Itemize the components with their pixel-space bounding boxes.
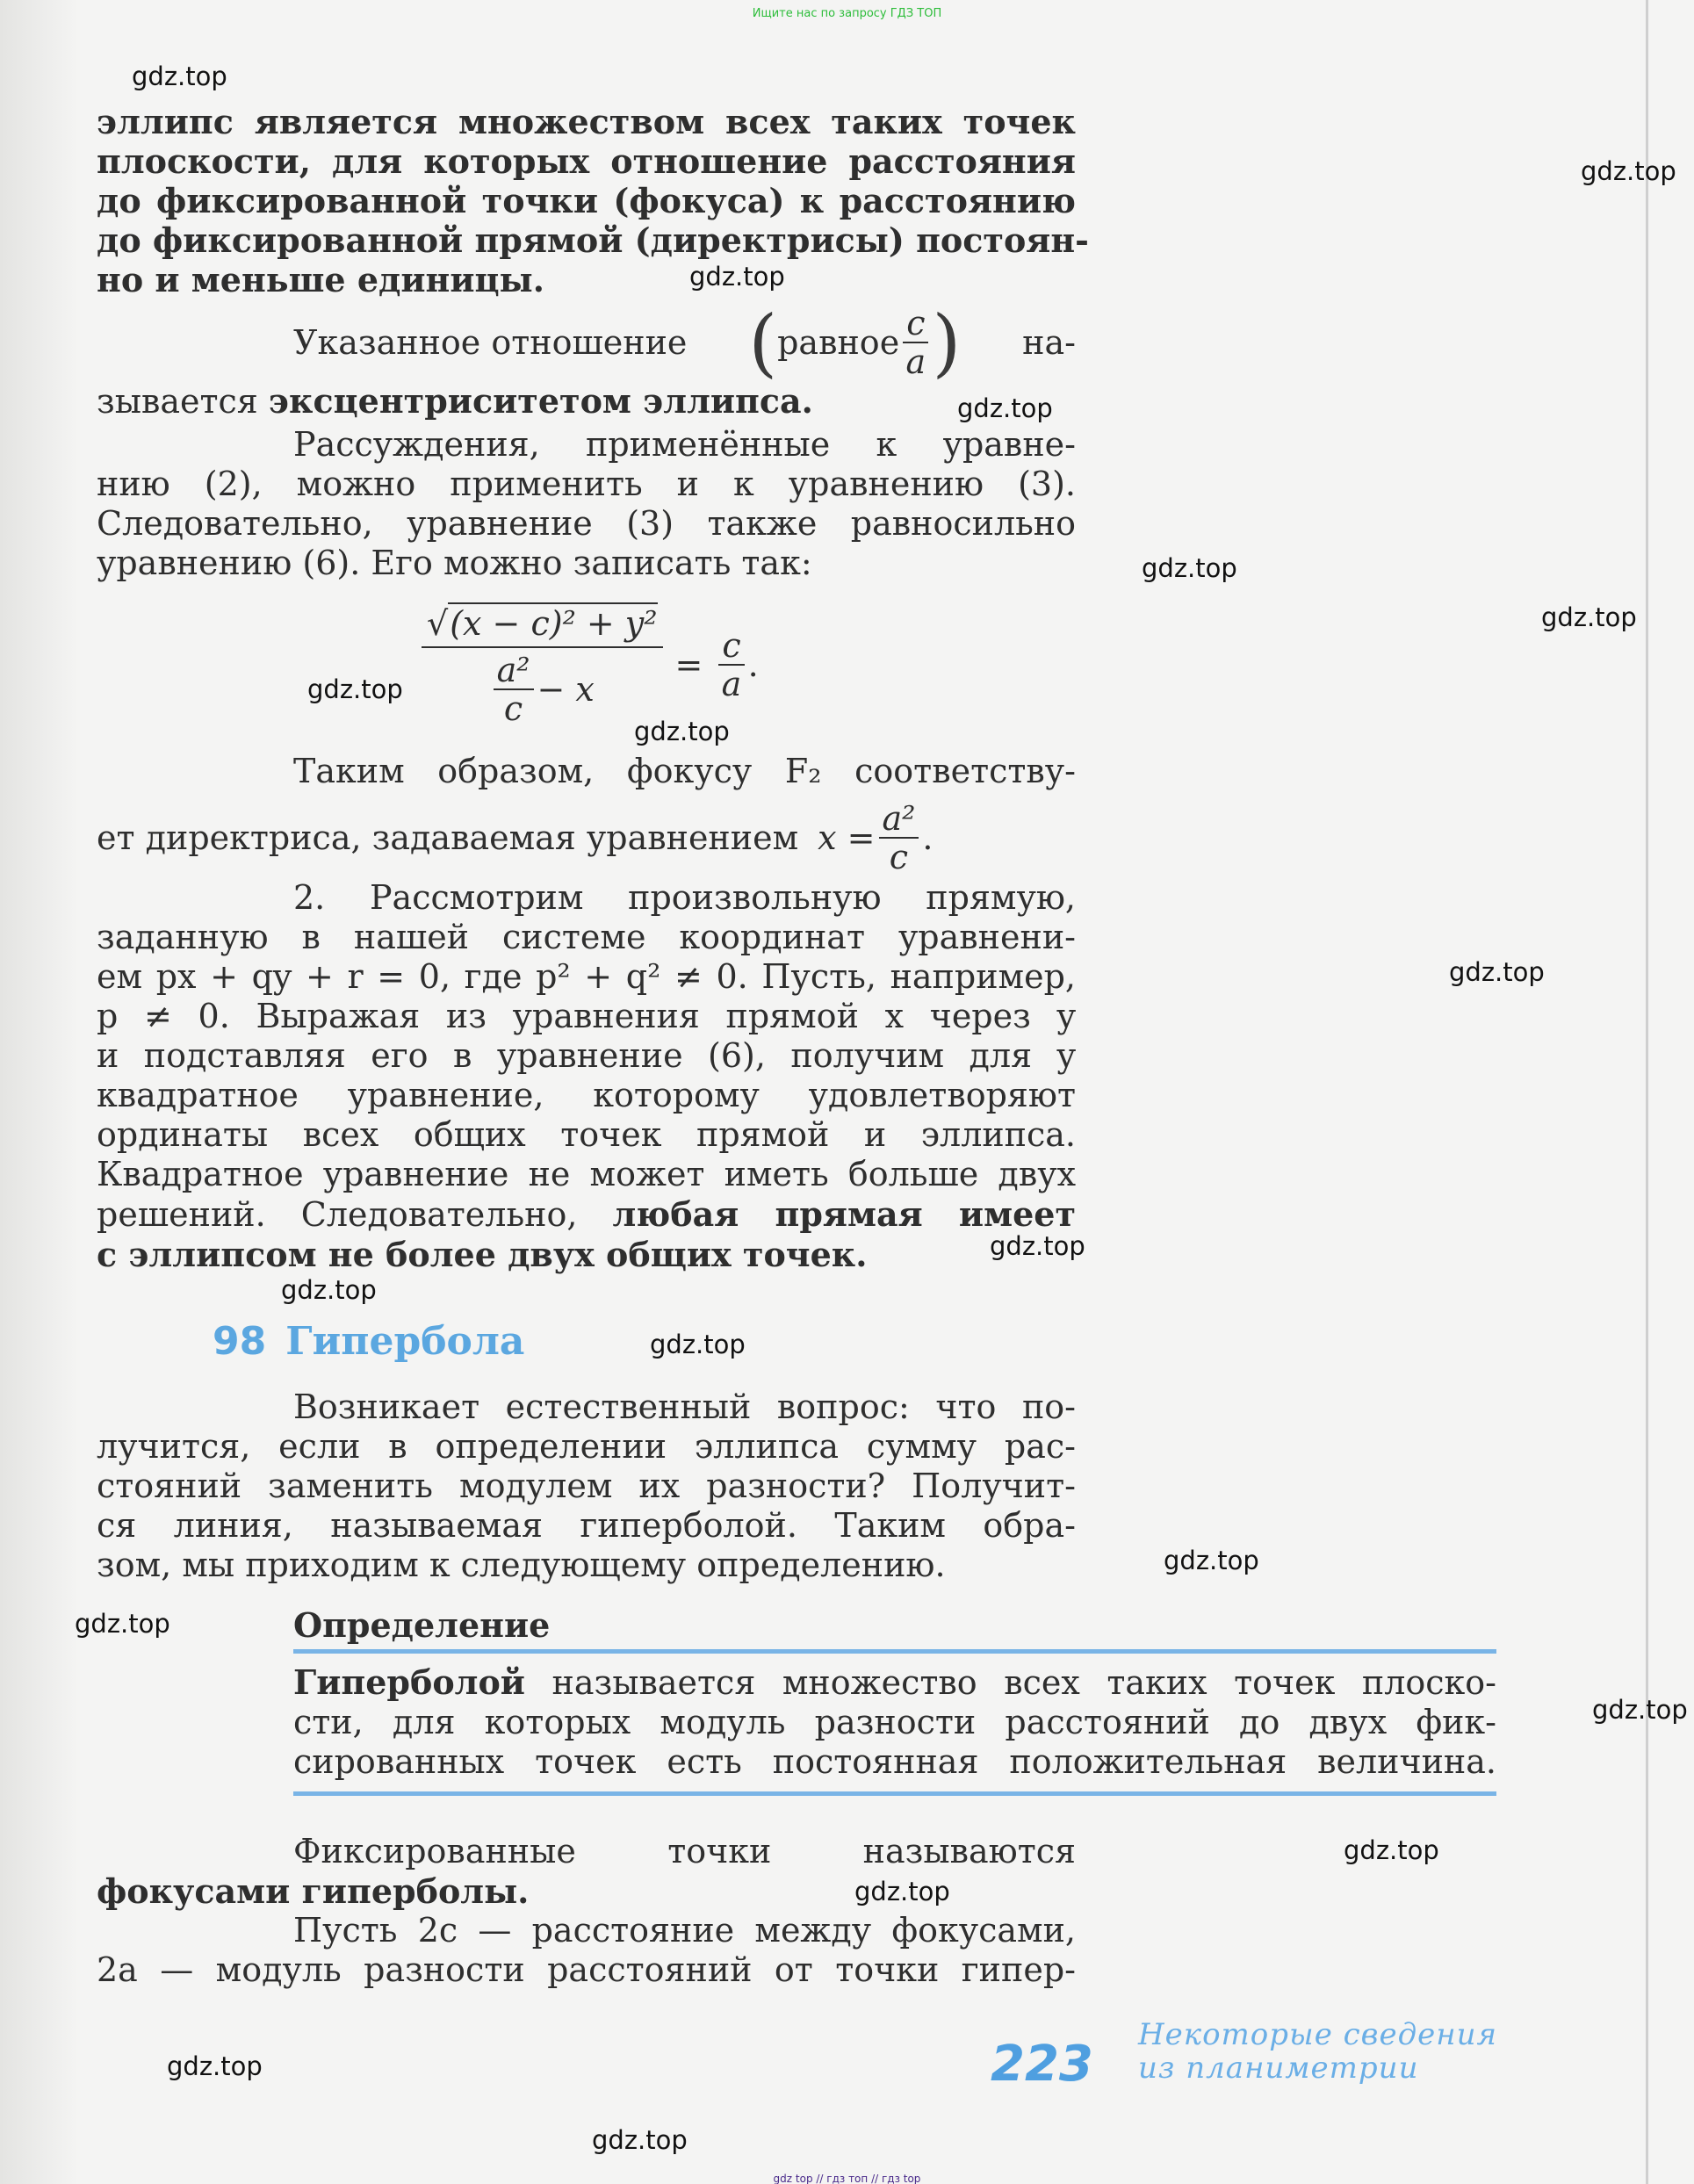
formula-rhs-fraction: c a [718, 629, 744, 701]
watermark: gdz.top [592, 2125, 688, 2155]
formula-lhs-fraction: √(x − c)² + y² a² c − x [422, 604, 663, 725]
watermark: gdz.top [1592, 1695, 1688, 1725]
eccentricity-paragraph: Указанное отношение ( равное c a ) на- з… [97, 309, 1076, 422]
watermark: gdz.top [634, 717, 730, 746]
page-binding-shadow [0, 0, 79, 2184]
text-line: 2. Рассмотрим произвольную прямую, [97, 878, 1076, 918]
text-line: решений. Следовательно, любая прямая име… [97, 1194, 1076, 1235]
watermark: gdz.top [650, 1330, 746, 1359]
watermark: gdz.top [1344, 1835, 1439, 1865]
page-right-edge [1646, 0, 1648, 2184]
ellipse-definition-continuation: эллипс является множеством всех таких то… [97, 102, 1076, 299]
text-line: Возникает естественный вопрос: что по- [97, 1388, 1076, 1427]
text-line: до фиксированной прямой (директрисы) пос… [97, 220, 1076, 260]
text-line: стояний заменить модулем их разности? По… [97, 1467, 1076, 1506]
fraction-a2-over-c: a² c [879, 802, 919, 874]
section-number: 98 [213, 1319, 266, 1364]
watermark: gdz.top [1581, 156, 1676, 186]
text-line: Гиперболой называется множество всех так… [293, 1662, 1496, 1703]
text-line: Квадратное уравнение не может иметь боль… [97, 1155, 1076, 1194]
hyperbola-definition: Гиперболой называется множество всех так… [293, 1662, 1496, 1782]
text-line: ся линия, называемая гиперболой. Таким о… [97, 1506, 1076, 1546]
text-line: Пусть 2c — расстояние между фокусами, [97, 1911, 1076, 1950]
text-line: сти, для которых модуль разности расстоя… [293, 1703, 1496, 1742]
text-fragment: Указанное отношение [293, 323, 687, 363]
chapter-title: Некоторые сведения из планиметрии [1138, 2018, 1497, 2085]
watermark: gdz.top [1164, 1546, 1259, 1575]
watermark: gdz.top [957, 393, 1053, 423]
text-fragment: на- [1022, 323, 1076, 363]
text-fragment: зывается [97, 382, 258, 421]
section-heading: 98Гипербола [213, 1319, 524, 1364]
text-fragment: равное [777, 323, 899, 363]
text-line: уравнению (6). Его можно записать так: [97, 544, 1076, 583]
text-line: p ≠ 0. Выражая из уравнения прямой x чер… [97, 997, 1076, 1036]
reasoning-paragraph: Рассуждения, применённые к уравне- нию (… [97, 425, 1076, 583]
fraction-c-over-a: c a [903, 306, 928, 378]
text-line: лучится, если в определении эллипса сумм… [97, 1427, 1076, 1467]
watermark: gdz.top [1449, 957, 1545, 987]
hyperbola-intro-paragraph: Возникает естественный вопрос: что по- л… [97, 1388, 1076, 1585]
text-line: зом, мы приходим к следующему определени… [97, 1546, 1076, 1585]
left-paren: ( [748, 306, 777, 379]
text-line: квадратное уравнение, которому удовлетво… [97, 1076, 1076, 1115]
hyperbola-params-paragraph: Пусть 2c — расстояние между фокусами, 2a… [97, 1911, 1076, 1990]
text-line: нию (2), можно применить и к уравнению (… [97, 465, 1076, 504]
watermark: gdz.top [1541, 602, 1637, 632]
watermark: gdz.top [132, 61, 227, 91]
directrix-ratio-formula: √(x − c)² + y² a² c − x = c a . [422, 604, 759, 725]
text-line: заданную в нашей системе координат уравн… [97, 918, 1076, 957]
directrix-paragraph: Таким образом, фокусу F₂ соответству- ет… [97, 752, 1076, 874]
text-line: эллипс является множеством всех таких то… [97, 102, 1076, 141]
term-eccentricity: эксцентриситетом эллипса. [269, 381, 813, 421]
text-line: и подставляя его в уравнение (6), получи… [97, 1036, 1076, 1076]
watermark: gdz.top [689, 262, 785, 292]
watermark: gdz.top [1142, 553, 1237, 583]
text-line: ординаты всех общих точек прямой и эллип… [97, 1115, 1076, 1155]
line-intersection-paragraph: 2. Рассмотрим произвольную прямую, задан… [97, 878, 1076, 1274]
watermark: gdz.top [75, 1609, 170, 1639]
bottom-banner: gdz top // гдз топ // гдз top [0, 2173, 1694, 2184]
text-line: Фиксированные точки называются [97, 1832, 1076, 1871]
text-line: до фиксированной точки (фокуса) к рассто… [97, 181, 1076, 220]
text-line: плоскости, для которых отношение расстоя… [97, 141, 1076, 181]
text-line: Следовательно, уравнение (3) также равно… [97, 504, 1076, 544]
text-line: с эллипсом не более двух общих точек. [97, 1235, 1076, 1274]
text-line: но и меньше единицы. [97, 260, 1076, 299]
definition-top-rule [293, 1649, 1496, 1654]
watermark: gdz.top [854, 1877, 950, 1906]
text-line: 2a — модуль разности расстояний от точки… [97, 1950, 1076, 1990]
watermark: gdz.top [307, 674, 403, 704]
watermark: gdz.top [990, 1231, 1085, 1261]
watermark: gdz.top [167, 2051, 263, 2081]
text-line: Рассуждения, применённые к уравне- [97, 425, 1076, 465]
text-line: ем px + qy + r = 0, где p² + q² ≠ 0. Пус… [97, 957, 1076, 997]
right-paren: ) [932, 306, 961, 379]
section-title: Гипербола [285, 1319, 524, 1364]
page-number: 223 [991, 2036, 1093, 2093]
top-banner: Ищите нас по запросу ГДЗ ТОП [0, 7, 1694, 20]
text-line: сированных точек есть постоянная положит… [293, 1742, 1496, 1782]
watermark: gdz.top [281, 1275, 377, 1305]
definition-bottom-rule [293, 1791, 1496, 1796]
text-fragment: ет директриса, задаваемая уравнением [97, 818, 798, 858]
definition-heading: Определение [293, 1605, 550, 1645]
text-line: Таким образом, фокусу F₂ соответству- [97, 752, 1076, 791]
